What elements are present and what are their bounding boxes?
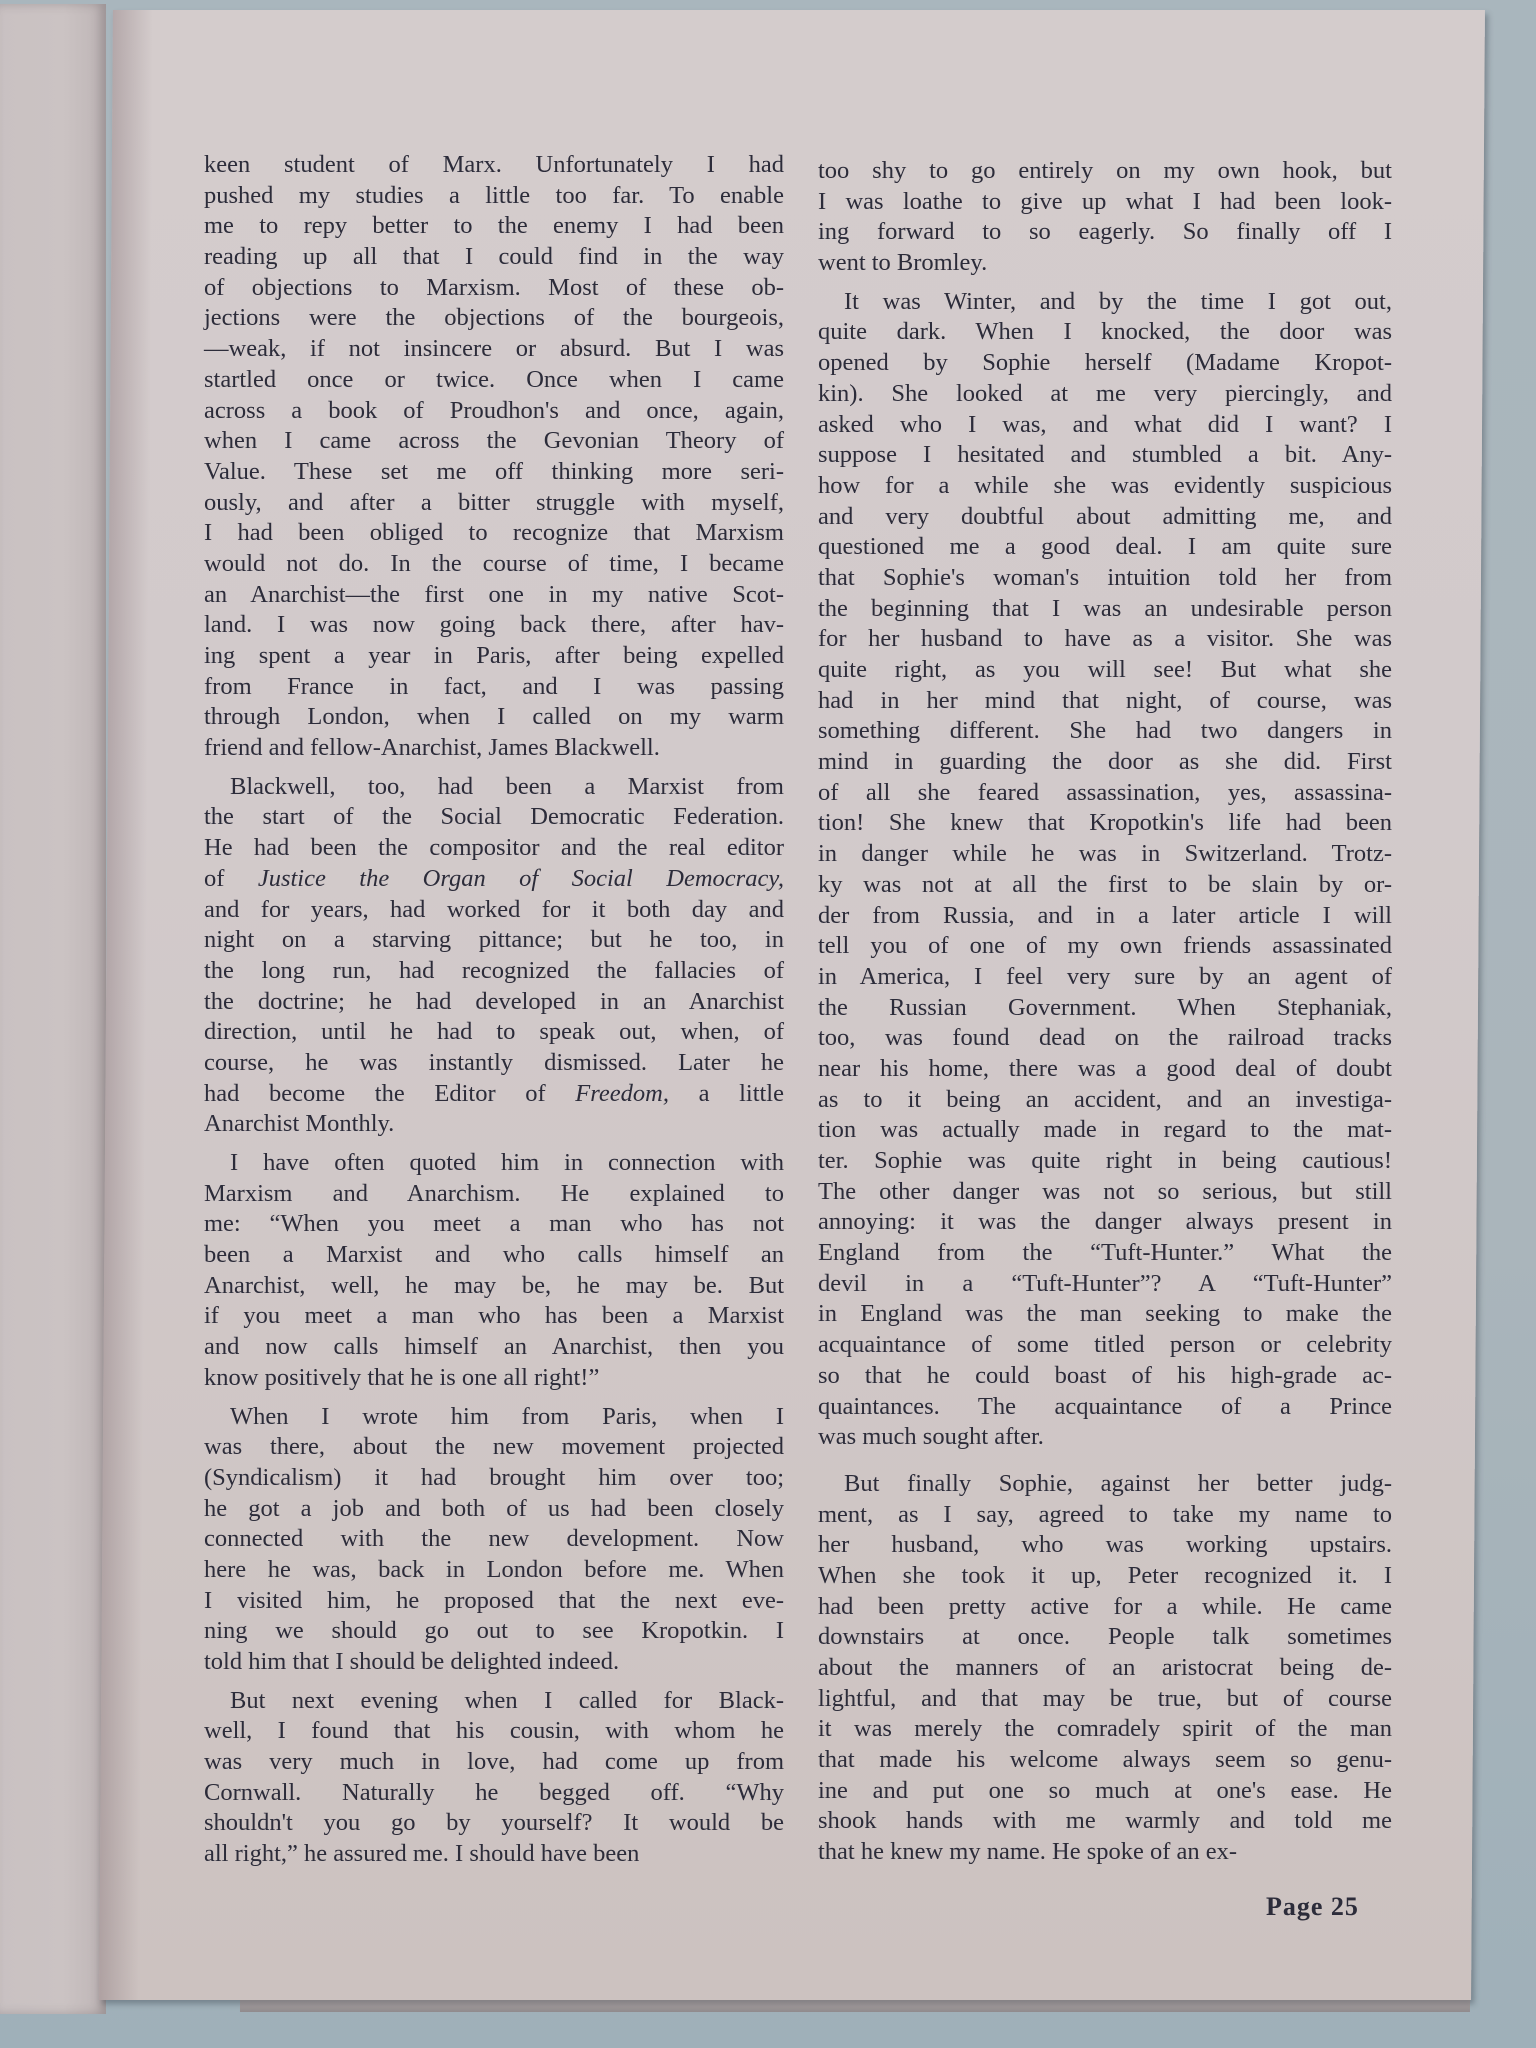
text-line: near his home, there was a good deal of … bbox=[818, 1054, 1392, 1085]
text-line: in danger while he was in Switzerland. T… bbox=[818, 839, 1392, 870]
right-text-column: too shy to go entirely on my own hook, b… bbox=[818, 156, 1392, 1868]
text-line: for her husband to have as a visitor. Sh… bbox=[818, 624, 1392, 655]
text-line: It was Winter, and by the time I got out… bbox=[818, 287, 1392, 318]
text-line: quite dark. When I knocked, the door was bbox=[818, 317, 1392, 348]
paragraph: too shy to go entirely on my own hook, b… bbox=[818, 156, 1392, 279]
text-line: reading up all that I could find in the … bbox=[204, 242, 784, 273]
text-line: ing forward to so eagerly. So finally of… bbox=[818, 217, 1392, 248]
text-line: lightful, and that may be true, but of c… bbox=[818, 1684, 1392, 1715]
text-line: here he was, back in London before me. W… bbox=[204, 1555, 784, 1586]
text-line: an Anarchist—the first one in my native … bbox=[204, 580, 784, 611]
text-line: that he knew my name. He spoke of an ex- bbox=[818, 1837, 1392, 1868]
paragraph-gap bbox=[204, 1678, 784, 1686]
text-line: the beginning that I was an undesirable … bbox=[818, 594, 1392, 625]
text-line: But next evening when I called for Black… bbox=[204, 1686, 784, 1717]
text-line: I have often quoted him in connection wi… bbox=[204, 1148, 784, 1179]
page-stack-edge bbox=[240, 2000, 1470, 2012]
text-line: her husband, who was working upstairs. bbox=[818, 1530, 1392, 1561]
text-line: downstairs at once. People talk sometime… bbox=[818, 1622, 1392, 1653]
paragraph-gap bbox=[818, 1453, 1392, 1469]
text-line: ning we should go out to see Kropotkin. … bbox=[204, 1616, 784, 1647]
text-line: opened by Sophie herself (Madame Kropot- bbox=[818, 348, 1392, 379]
text-line: was very much in love, had come up from bbox=[204, 1747, 784, 1778]
text-line: I visited him, he proposed that the next… bbox=[204, 1586, 784, 1617]
text-line: Cornwall. Naturally he begged off. “Why bbox=[204, 1778, 784, 1809]
text-line: shouldn't you go by yourself? It would b… bbox=[204, 1808, 784, 1839]
page-number: Page 25 bbox=[1266, 1892, 1359, 1922]
publication-title: Justice the Organ of Social Democracy, bbox=[258, 865, 784, 892]
text-line: acquaintance of some titled person or ce… bbox=[818, 1330, 1392, 1361]
text-line: the doctrine; he had developed in an Ana… bbox=[204, 987, 784, 1018]
text-line: well, I found that his cousin, with whom… bbox=[204, 1716, 784, 1747]
text-line: been a Marxist and who calls himself an bbox=[204, 1240, 784, 1271]
text-line: and very doubtful about admitting me, an… bbox=[818, 502, 1392, 533]
text-line: the long run, had recognized the fallaci… bbox=[204, 956, 784, 987]
text-line: When she took it up, Peter recognized it… bbox=[818, 1561, 1392, 1592]
text-line: friend and fellow-Anarchist, James Black… bbox=[204, 733, 784, 764]
publication-title: Freedom, bbox=[575, 1080, 669, 1107]
text-line: in America, I feel very sure by an agent… bbox=[818, 962, 1392, 993]
text-line: mind in guarding the door as she did. Fi… bbox=[818, 747, 1392, 778]
text-line: was there, about the new movement projec… bbox=[204, 1432, 784, 1463]
text-line: But finally Sophie, against her better j… bbox=[818, 1469, 1392, 1500]
text-line: der from Russia, and in a later article … bbox=[818, 901, 1392, 932]
text-line: of all she feared assassination, yes, as… bbox=[818, 778, 1392, 809]
text-line: the Russian Government. When Stephaniak, bbox=[818, 993, 1392, 1024]
text-line: direction, until he had to speak out, wh… bbox=[204, 1017, 784, 1048]
text-line: the start of the Social Democratic Feder… bbox=[204, 802, 784, 833]
text-line: when I came across the Gevonian Theory o… bbox=[204, 426, 784, 457]
text-line: ky was not at all the first to be slain … bbox=[818, 870, 1392, 901]
text-line: land. I was now going back there, after … bbox=[204, 610, 784, 641]
text-line: ing spent a year in Paris, after being e… bbox=[204, 641, 784, 672]
text-line: Marxism and Anarchism. He explained to bbox=[204, 1179, 784, 1210]
text-line: me to repy better to the enemy I had bee… bbox=[204, 211, 784, 242]
text-line: he got a job and both of us had been clo… bbox=[204, 1494, 784, 1525]
text-line: night on a starving pittance; but he too… bbox=[204, 925, 784, 956]
text-line: I was loathe to give up what I had been … bbox=[818, 187, 1392, 218]
text-line: went to Bromley. bbox=[818, 248, 1392, 279]
paragraph: It was Winter, and by the time I got out… bbox=[818, 287, 1392, 1453]
text-line: Anarchist Monthly. bbox=[204, 1109, 784, 1140]
text-line: ously, and after a bitter struggle with … bbox=[204, 488, 784, 519]
text-line: across a book of Proudhon's and once, ag… bbox=[204, 396, 784, 427]
text-line: quaintances. The acquaintance of a Princ… bbox=[818, 1392, 1392, 1423]
text-line: shook hands with me warmly and told me bbox=[818, 1806, 1392, 1837]
paragraph-gap bbox=[818, 279, 1392, 287]
text-line: Anarchist, well, he may be, he may be. B… bbox=[204, 1271, 784, 1302]
text-line: (Syndicalism) it had brought him over to… bbox=[204, 1463, 784, 1494]
paragraph: keen student of Marx. Unfortunately I ha… bbox=[204, 150, 784, 764]
paragraph: But next evening when I called for Black… bbox=[204, 1686, 784, 1870]
text-line: me: “When you meet a man who has not bbox=[204, 1209, 784, 1240]
paragraph: When I wrote him from Paris, when Iwas t… bbox=[204, 1402, 784, 1678]
text-line: in England was the man seeking to make t… bbox=[818, 1299, 1392, 1330]
text-line: tell you of one of my own friends assass… bbox=[818, 931, 1392, 962]
text-line: too shy to go entirely on my own hook, b… bbox=[818, 156, 1392, 187]
text-line: and for years, had worked for it both da… bbox=[204, 895, 784, 926]
text-line: kin). She looked at me very piercingly, … bbox=[818, 379, 1392, 410]
text-line: questioned me a good deal. I am quite su… bbox=[818, 532, 1392, 563]
text-line: know positively that he is one all right… bbox=[204, 1363, 784, 1394]
paragraph: I have often quoted him in connection wi… bbox=[204, 1148, 784, 1394]
text-line: how for a while she was evidently suspic… bbox=[818, 471, 1392, 502]
text-line: from France in fact, and I was passing bbox=[204, 672, 784, 703]
text-line: Value. These set me off thinking more se… bbox=[204, 457, 784, 488]
text-line: of Justice the Organ of Social Democracy… bbox=[204, 864, 784, 895]
text-line: all right,” he assured me. I should have… bbox=[204, 1839, 784, 1870]
paragraph-gap bbox=[204, 1394, 784, 1402]
text-line: annoying: it was the danger always prese… bbox=[818, 1207, 1392, 1238]
text-line: and now calls himself an Anarchist, then… bbox=[204, 1332, 784, 1363]
text-line: that Sophie's woman's intuition told her… bbox=[818, 563, 1392, 594]
text-line: course, he was instantly dismissed. Late… bbox=[204, 1048, 784, 1079]
text-line: had in her mind that night, of course, w… bbox=[818, 686, 1392, 717]
text-line: keen student of Marx. Unfortunately I ha… bbox=[204, 150, 784, 181]
text-line: I had been obliged to recognize that Mar… bbox=[204, 518, 784, 549]
text-line: told him that I should be delighted inde… bbox=[204, 1647, 784, 1678]
paragraph: Blackwell, too, had been a Marxist fromt… bbox=[204, 772, 784, 1140]
text-line: was much sought after. bbox=[818, 1422, 1392, 1453]
text-line: quite right, as you will see! But what s… bbox=[818, 655, 1392, 686]
text-line: it was merely the comradely spirit of th… bbox=[818, 1714, 1392, 1745]
left-text-column: keen student of Marx. Unfortunately I ha… bbox=[204, 150, 784, 1870]
text-line: jections were the objections of the bour… bbox=[204, 303, 784, 334]
text-line: something different. She had two dangers… bbox=[818, 716, 1392, 747]
paragraph-gap bbox=[204, 764, 784, 772]
paragraph: But finally Sophie, against her better j… bbox=[818, 1469, 1392, 1868]
text-line: if you meet a man who has been a Marxist bbox=[204, 1301, 784, 1332]
paragraph-gap bbox=[204, 1140, 784, 1148]
text-line: tion! She knew that Kropotkin's life had… bbox=[818, 808, 1392, 839]
text-line: England from the “Tuft-Hunter.” What the bbox=[818, 1238, 1392, 1269]
text-line: had been pretty active for a while. He c… bbox=[818, 1592, 1392, 1623]
text-line: tion was actually made in regard to the … bbox=[818, 1115, 1392, 1146]
text-line: of objections to Marxism. Most of these … bbox=[204, 273, 784, 304]
text-line: too, was found dead on the railroad trac… bbox=[818, 1023, 1392, 1054]
text-line: When I wrote him from Paris, when I bbox=[204, 1402, 784, 1433]
text-line: ter. Sophie was quite right in being cau… bbox=[818, 1146, 1392, 1177]
text-line: had become the Editor of Freedom, a litt… bbox=[204, 1079, 784, 1110]
text-line: ment, as I say, agreed to take my name t… bbox=[818, 1500, 1392, 1531]
text-line: would not do. In the course of time, I b… bbox=[204, 549, 784, 580]
text-line: about the manners of an aristocrat being… bbox=[818, 1653, 1392, 1684]
text-line: startled once or twice. Once when I came bbox=[204, 365, 784, 396]
text-line: suppose I hesitated and stumbled a bit. … bbox=[818, 440, 1392, 471]
text-line: Blackwell, too, had been a Marxist from bbox=[204, 772, 784, 803]
text-line: as to it being an accident, and an inves… bbox=[818, 1085, 1392, 1116]
text-line: asked who I was, and what did I want? I bbox=[818, 410, 1392, 441]
text-line: He had been the compositor and the real … bbox=[204, 833, 784, 864]
text-line: that made his welcome always seem so gen… bbox=[818, 1745, 1392, 1776]
text-line: The other danger was not so serious, but… bbox=[818, 1177, 1392, 1208]
text-line: so that he could boast of his high-grade… bbox=[818, 1361, 1392, 1392]
text-line: connected with the new development. Now bbox=[204, 1524, 784, 1555]
text-line: —weak, if not insincere or absurd. But I… bbox=[204, 334, 784, 365]
text-line: ine and put one so much at one's ease. H… bbox=[818, 1776, 1392, 1807]
text-line: through London, when I called on my warm bbox=[204, 702, 784, 733]
text-line: devil in a “Tuft-Hunter”? A “Tuft-Hunter… bbox=[818, 1269, 1392, 1300]
text-line: pushed my studies a little too far. To e… bbox=[204, 181, 784, 212]
facing-page-edge bbox=[0, 4, 106, 2014]
